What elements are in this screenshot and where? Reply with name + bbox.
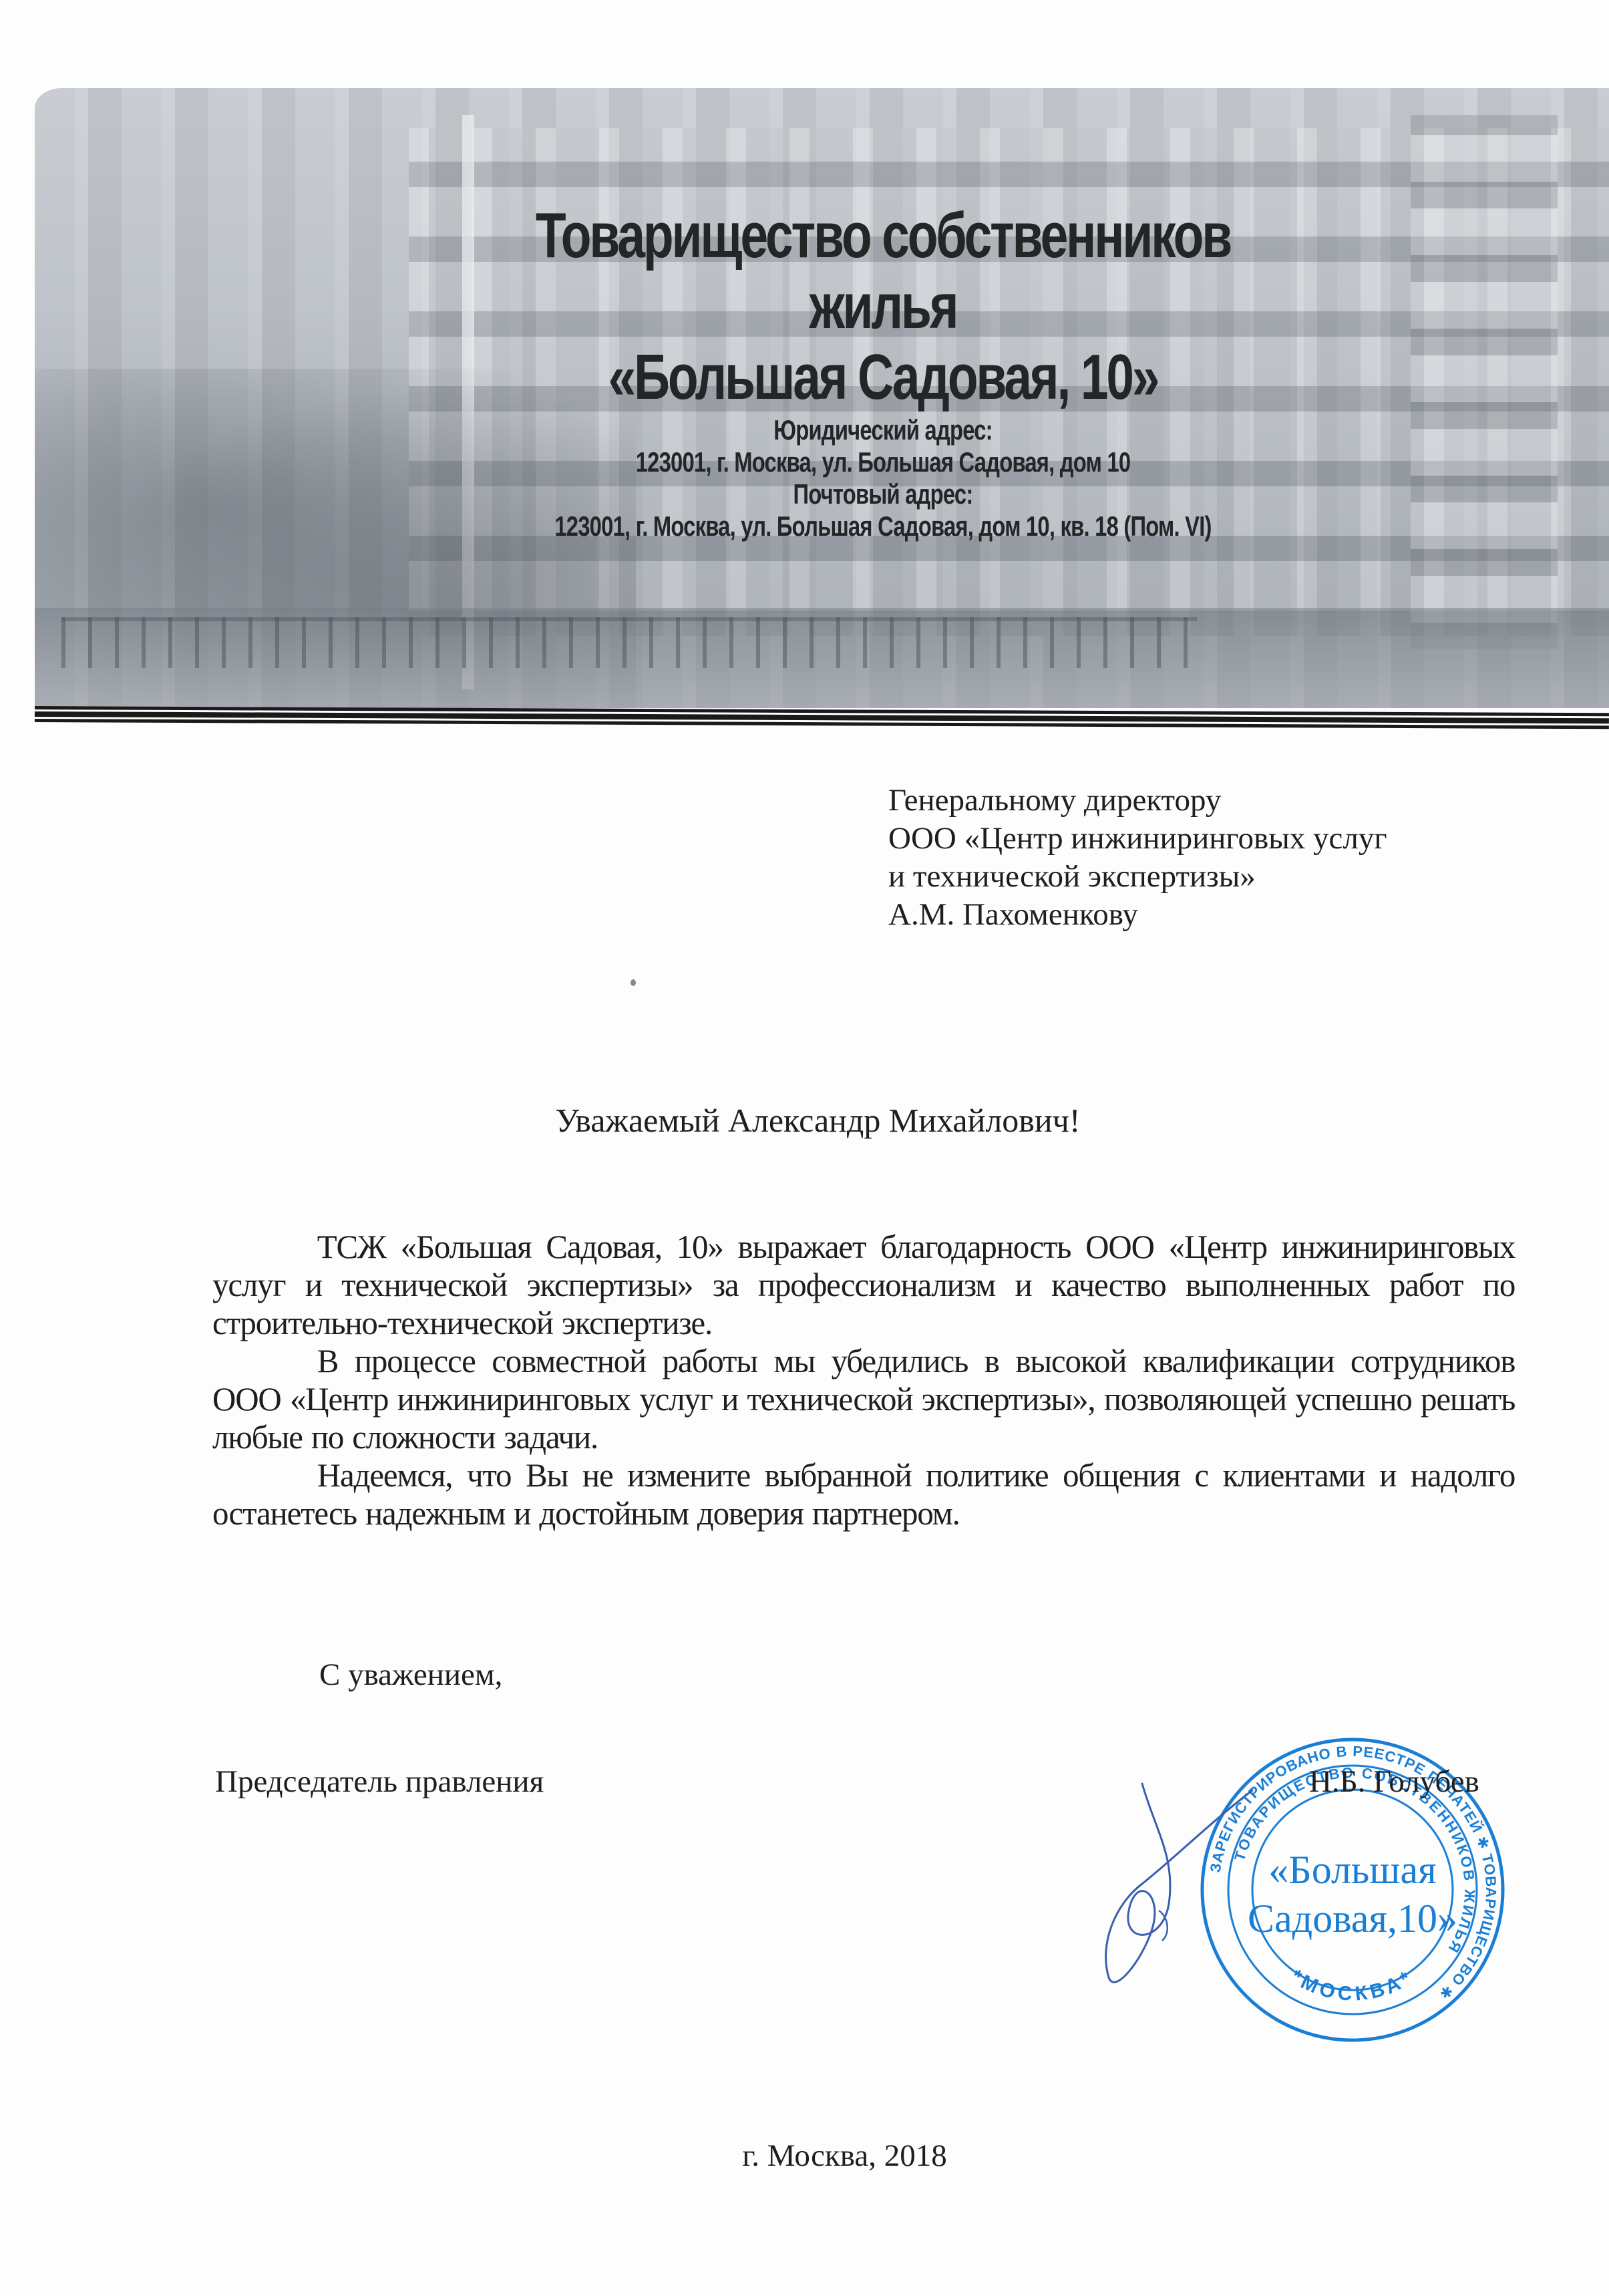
scan-speck	[631, 979, 636, 986]
signer-name: Н.Б. Голубев	[1309, 1764, 1479, 1800]
svg-text:*МОСКВА*: *МОСКВА*	[1287, 1965, 1418, 2005]
body-paragraph: В процессе совместной работы мы убедилис…	[212, 1342, 1515, 1456]
stamp-center-line2: Садовая,10»	[1248, 1897, 1457, 1941]
legal-address: 123001, г. Москва, ул. Большая Садовая, …	[466, 446, 1300, 478]
handwritten-signature-icon	[1095, 1777, 1256, 2017]
body-paragraph: ТСЖ «Большая Садовая, 10» выражает благо…	[212, 1228, 1515, 1342]
place-and-year: г. Москва, 2018	[0, 2138, 1609, 2174]
letterhead-divider	[35, 706, 1609, 729]
building-tower	[1411, 115, 1558, 649]
legal-address-label: Юридический адрес:	[466, 414, 1300, 446]
stamp-center-line1: «Большая	[1268, 1848, 1436, 1892]
organization-addresses: Юридический адрес: 123001, г. Москва, ул…	[466, 414, 1300, 542]
addressee-line: Генеральному директору	[888, 782, 1387, 820]
closing: С уважением,	[319, 1657, 502, 1693]
addressee-line: и технической экспертизы»	[888, 858, 1387, 896]
body-paragraph: Надеемся, что Вы не измените выбранной п…	[212, 1456, 1515, 1532]
addressee-line: ООО «Центр инжиниринговых услуг	[888, 820, 1387, 858]
fence	[61, 617, 1197, 668]
salutation: Уважаемый Александр Михайлович!	[0, 1101, 1609, 1140]
organization-title: Товарищество собственников жилья «Больша…	[466, 200, 1300, 413]
postal-address-label: Почтовый адрес:	[466, 478, 1300, 510]
postal-address: 123001, г. Москва, ул. Большая Садовая, …	[466, 510, 1300, 542]
addressee-line: А.М. Пахоменкову	[888, 896, 1387, 934]
organization-title-line2: «Большая Садовая, 10»	[466, 342, 1300, 413]
signer-title: Председатель правления	[215, 1764, 544, 1800]
addressee-block: Генеральному директору ООО «Центр инжини…	[888, 782, 1387, 934]
letterhead-banner: Товарищество собственников жилья «Больша…	[35, 88, 1609, 708]
organization-title-line1: Товарищество собственников жилья	[466, 200, 1300, 342]
letter-body: ТСЖ «Большая Садовая, 10» выражает благо…	[212, 1228, 1542, 1532]
